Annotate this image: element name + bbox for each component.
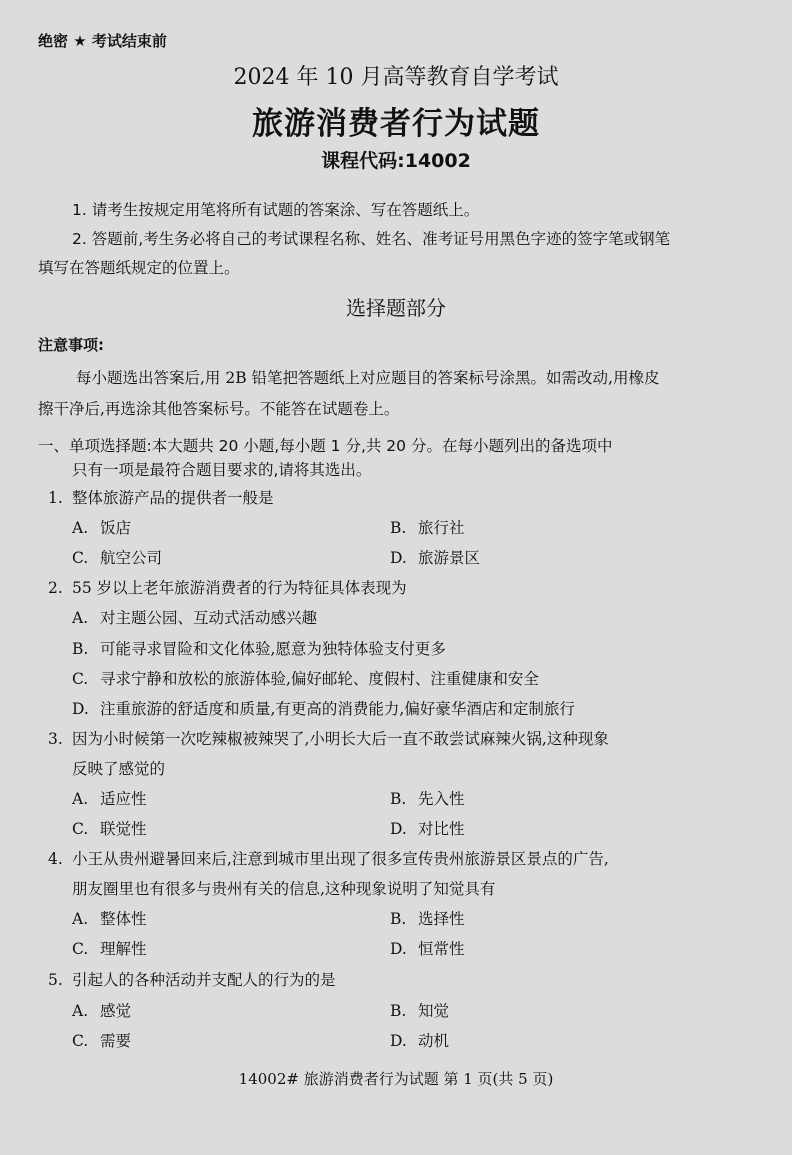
option-d[interactable]: D.动机	[390, 1029, 449, 1051]
option-a[interactable]: A.感觉	[72, 999, 131, 1021]
question-4-stem-cont: 朋友圈里也有很多与贵州有关的信息,这种现象说明了知觉具有	[72, 877, 495, 899]
option-c[interactable]: C.航空公司	[72, 546, 162, 568]
page-footer: 14002# 旅游消费者行为试题 第 1 页(共 5 页)	[0, 1068, 792, 1089]
question-stem: 整体旅游产品的提供者一般是	[72, 489, 274, 507]
part-one-heading: 一、单项选择题:本大题共 20 小题,每小题 1 分,共 20 分。在每小题列出…	[38, 434, 612, 456]
option-a[interactable]: A.对主题公园、互动式活动感兴趣	[72, 606, 317, 628]
question-number: 5.	[48, 971, 72, 989]
exam-session-line: 2024 年 10 月高等教育自学考试	[0, 60, 792, 91]
instruction-2: 2. 答题前,考生务必将自己的考试课程名称、姓名、准考证号用黑色字迹的签字笔或钢…	[72, 227, 670, 249]
option-c[interactable]: C.理解性	[72, 937, 147, 959]
question-number: 2.	[48, 579, 72, 597]
option-b[interactable]: B.先入性	[390, 787, 465, 809]
notice-label: 注意事项:	[38, 334, 104, 355]
confidential-mark: 绝密 ★ 考试结束前	[38, 30, 167, 51]
option-a[interactable]: A.饭店	[72, 516, 131, 538]
question-4: 4.小王从贵州避暑回来后,注意到城市里出现了很多宣传贵州旅游景区景点的广告,	[48, 847, 609, 869]
instruction-1: 1. 请考生按规定用笔将所有试题的答案涂、写在答题纸上。	[72, 198, 479, 220]
course-code: 课程代码:14002	[0, 146, 792, 173]
notice-line-2: 擦干净后,再选涂其他答案标号。不能答在试题卷上。	[38, 397, 399, 419]
option-a[interactable]: A.适应性	[72, 787, 147, 809]
notice-line-1: 每小题选出答案后,用 2B 铅笔把答题纸上对应题目的答案标号涂黑。如需改动,用橡…	[76, 366, 659, 388]
question-2: 2.55 岁以上老年旅游消费者的行为特征具体表现为	[48, 576, 407, 598]
option-b[interactable]: B.旅行社	[390, 516, 465, 538]
option-c[interactable]: C.联觉性	[72, 817, 147, 839]
instruction-2-cont: 填写在答题纸规定的位置上。	[38, 256, 240, 278]
option-c[interactable]: C.寻求宁静和放松的旅游体验,偏好邮轮、度假村、注重健康和安全	[72, 667, 539, 689]
option-d[interactable]: D.注重旅游的舒适度和质量,有更高的消费能力,偏好豪华酒店和定制旅行	[72, 697, 575, 719]
paper-title: 旅游消费者行为试题	[0, 98, 792, 143]
question-stem: 小王从贵州避暑回来后,注意到城市里出现了很多宣传贵州旅游景区景点的广告,	[72, 850, 609, 868]
option-d[interactable]: D.旅游景区	[390, 546, 480, 568]
question-number: 1.	[48, 489, 72, 507]
question-3: 3.因为小时候第一次吃辣椒被辣哭了,小明长大后一直不敢尝试麻辣火锅,这种现象	[48, 727, 609, 749]
question-3-stem-cont: 反映了感觉的	[72, 757, 165, 779]
option-a[interactable]: A.整体性	[72, 907, 147, 929]
question-5: 5.引起人的各种活动并支配人的行为的是	[48, 968, 336, 990]
question-number: 3.	[48, 730, 72, 748]
question-stem: 引起人的各种活动并支配人的行为的是	[72, 971, 336, 989]
question-stem: 因为小时候第一次吃辣椒被辣哭了,小明长大后一直不敢尝试麻辣火锅,这种现象	[72, 730, 609, 748]
question-1: 1.整体旅游产品的提供者一般是	[48, 486, 274, 508]
section-title: 选择题部分	[0, 292, 792, 321]
option-b[interactable]: B.知觉	[390, 999, 449, 1021]
option-c[interactable]: C.需要	[72, 1029, 131, 1051]
question-stem: 55 岁以上老年旅游消费者的行为特征具体表现为	[72, 579, 407, 597]
option-b[interactable]: B.可能寻求冒险和文化体验,愿意为独特体验支付更多	[72, 637, 446, 659]
part-one-heading-cont: 只有一项是最符合题目要求的,请将其选出。	[72, 458, 371, 480]
option-d[interactable]: D.对比性	[390, 817, 465, 839]
option-d[interactable]: D.恒常性	[390, 937, 465, 959]
option-b[interactable]: B.选择性	[390, 907, 465, 929]
question-number: 4.	[48, 850, 72, 868]
